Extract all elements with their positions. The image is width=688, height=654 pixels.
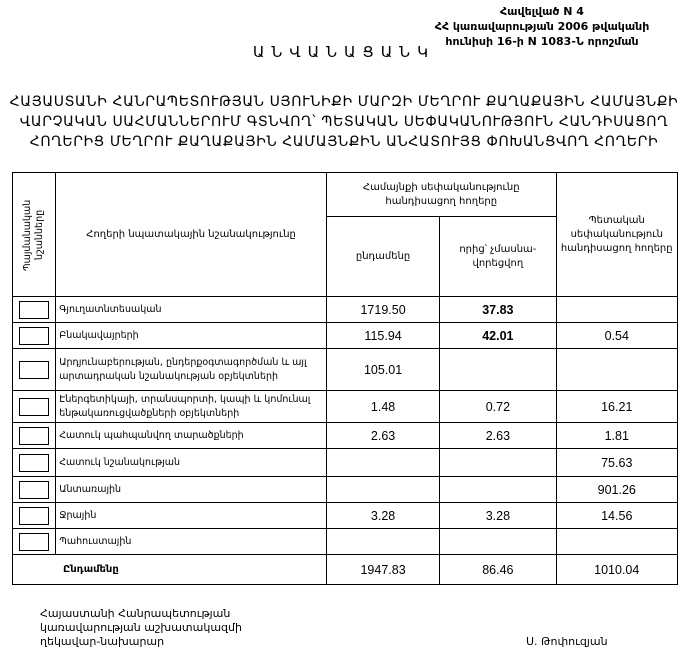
state-cell: 0.54: [556, 323, 677, 349]
purpose-cell: Հատուկ պահպանվող տարածքների: [56, 423, 327, 449]
total-cell: 115.94: [326, 323, 439, 349]
legend-symbol-box: [19, 301, 49, 319]
agricultural-cell: [440, 349, 556, 391]
code-cell: [13, 297, 56, 323]
purpose-cell: Ջրային: [56, 503, 327, 529]
header-state: Պետական սեփականություն հանդիսացող հողերը: [556, 173, 677, 297]
table-row: Արդյունաբերության, ընդերքօգտագործման և ա…: [13, 349, 678, 391]
signature-title: Հայաստանի Հանրապետության կառավարության ա…: [40, 607, 242, 649]
code-cell: [13, 423, 56, 449]
signature-line-1: Հայաստանի Հանրապետության: [40, 607, 242, 621]
purpose-cell: Գյուղատնտեսական: [56, 297, 327, 323]
table-row: Անտառային901.26: [13, 477, 678, 503]
total-cell: [326, 449, 439, 477]
appendix-line-1: Հավելված N 4: [422, 4, 662, 19]
appendix-line-2: ՀՀ կառավարության 2006 թվականի: [422, 19, 662, 34]
table-row: Էներգետիկայի, տրանսպորտի, կապի և կոմունա…: [13, 391, 678, 423]
totals-agricultural: 86.46: [440, 555, 556, 585]
purpose-cell: Արդյունաբերության, ընդերքօգտագործման և ա…: [56, 349, 327, 391]
agricultural-cell: [440, 529, 556, 555]
document-title: ԱՆՎԱՆԱՑԱՆԿ: [0, 43, 688, 61]
legend-symbol-box: [19, 327, 49, 345]
signature-line-3: ղեկավար-նախարար: [40, 635, 242, 649]
header-code: Պայմանական նշանները: [13, 173, 56, 297]
table-row: Ջրային3.283.2814.56: [13, 503, 678, 529]
legend-symbol-box: [19, 427, 49, 445]
agricultural-cell: [440, 477, 556, 503]
code-cell: [13, 449, 56, 477]
state-cell: 75.63: [556, 449, 677, 477]
header-agricultural: որից՝ չմասնա-վորեցվող: [440, 217, 556, 297]
total-cell: [326, 477, 439, 503]
state-cell: [556, 349, 677, 391]
header-community-group: Համայնքի սեփականությունը հանդիսացող հողե…: [326, 173, 556, 217]
agricultural-cell: 0.72: [440, 391, 556, 423]
legend-symbol-box: [19, 507, 49, 525]
table-row: Պահուստային: [13, 529, 678, 555]
totals-total: 1947.83: [326, 555, 439, 585]
total-cell: 1.48: [326, 391, 439, 423]
code-cell: [13, 503, 56, 529]
purpose-cell: Հատուկ նշանակության: [56, 449, 327, 477]
purpose-cell: Անտառային: [56, 477, 327, 503]
table-row: Բնակավայրերի115.9442.010.54: [13, 323, 678, 349]
signature-line-2: կառավարության աշխատակազմի: [40, 621, 242, 635]
table-row: Գյուղատնտեսական1719.5037.83: [13, 297, 678, 323]
legend-symbol-box: [19, 454, 49, 472]
heading-line-1: ՀԱՅԱՍՏԱՆԻ ՀԱՆՐԱՊԵՏՈՒԹՅԱՆ ՍՅՈՒՆԻՔԻ ՄԱՐԶԻ …: [0, 92, 688, 112]
total-cell: [326, 529, 439, 555]
code-cell: [13, 391, 56, 423]
totals-row: Ընդամենը 1947.83 86.46 1010.04: [13, 555, 678, 585]
heading-line-3: ՀՈՂԵՐԻՑ ՄԵՂՐՈՒ ՔԱՂԱՔԱՅԻՆ ՀԱՄԱՅՆՔԻՆ ԱՆՀԱՏ…: [0, 132, 688, 152]
code-cell: [13, 323, 56, 349]
total-cell: 3.28: [326, 503, 439, 529]
document-heading: ՀԱՅԱՍՏԱՆԻ ՀԱՆՐԱՊԵՏՈՒԹՅԱՆ ՍՅՈՒՆԻՔԻ ՄԱՐԶԻ …: [0, 92, 688, 152]
legend-symbol-box: [19, 361, 49, 379]
agricultural-cell: 2.63: [440, 423, 556, 449]
state-cell: 901.26: [556, 477, 677, 503]
state-cell: [556, 529, 677, 555]
table-row: Հատուկ նշանակության75.63: [13, 449, 678, 477]
heading-line-2: ՎԱՐՉԱԿԱՆ ՍԱՀՄԱՆՆԵՐՈՒՄ ԳՏՆՎՈՂ՝ ՊԵՏԱԿԱՆ ՍԵ…: [0, 112, 688, 132]
totals-state: 1010.04: [556, 555, 677, 585]
total-cell: 1719.50: [326, 297, 439, 323]
purpose-cell: Բնակավայրերի: [56, 323, 327, 349]
code-cell: [13, 477, 56, 503]
header-total: ընդամենը: [326, 217, 439, 297]
code-cell: [13, 349, 56, 391]
agricultural-cell: 3.28: [440, 503, 556, 529]
legend-symbol-box: [19, 481, 49, 499]
total-cell: 2.63: [326, 423, 439, 449]
agricultural-cell: [440, 449, 556, 477]
totals-label: Ընդամենը: [13, 555, 327, 585]
total-cell: 105.01: [326, 349, 439, 391]
state-cell: 16.21: [556, 391, 677, 423]
table-row: Հատուկ պահպանվող տարածքների2.632.631.81: [13, 423, 678, 449]
signature-name: Ս. Թոփուզյան: [526, 635, 608, 648]
state-cell: 14.56: [556, 503, 677, 529]
land-table: Պայմանական նշանները Հողերի նպատակային նշ…: [12, 172, 678, 585]
header-purpose: Հողերի նպատակային նշանակությունը: [56, 173, 327, 297]
purpose-cell: Պահուստային: [56, 529, 327, 555]
agricultural-cell: 37.83: [440, 297, 556, 323]
state-cell: 1.81: [556, 423, 677, 449]
state-cell: [556, 297, 677, 323]
code-cell: [13, 529, 56, 555]
agricultural-cell: 42.01: [440, 323, 556, 349]
legend-symbol-box: [19, 533, 49, 551]
purpose-cell: Էներգետիկայի, տրանսպորտի, կապի և կոմունա…: [56, 391, 327, 423]
legend-symbol-box: [19, 398, 49, 416]
